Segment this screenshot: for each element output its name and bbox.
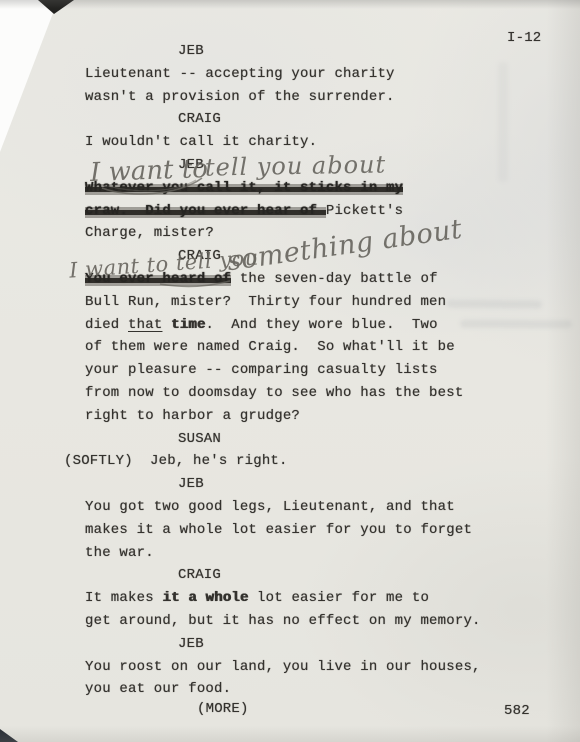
script-text: SUSAN — [178, 431, 221, 447]
script-text: You roost on our land, you live in our h… — [85, 659, 481, 675]
script-line: Lieutenant -- accepting your charity — [0, 63, 580, 86]
script-line: your pleasure -- comparing casualty list… — [0, 359, 580, 382]
script-line: the war. — [0, 542, 580, 565]
script-line: from now to doomsday to see who has the … — [0, 382, 580, 405]
script-line: CRAIG — [0, 564, 580, 587]
script-text: JEB — [178, 636, 204, 652]
script-line: JEB — [0, 633, 580, 656]
script-lines: JEBLieutenant -- accepting your charityw… — [0, 40, 580, 701]
script-text: right to harbor a grudge? — [85, 408, 300, 424]
script-text: makes it a whole lot easier for you to f… — [85, 522, 472, 538]
script-text: . And they wore blue. Two — [205, 317, 437, 333]
script-line: JEB — [0, 40, 580, 63]
script-line: You roost on our land, you live in our h… — [0, 656, 580, 679]
script-text: Lieutenant -- accepting your charity — [85, 66, 395, 82]
handwriting-note-top-right: tell you about — [205, 150, 387, 181]
script-line: right to harbor a grudge? — [0, 405, 580, 428]
script-line: of them were named Craig. So what'll it … — [0, 336, 580, 359]
script-text: (SOFTLY) Jeb, he's right. — [64, 453, 288, 469]
script-text-underline: that — [128, 317, 162, 333]
script-line: I wouldn't call it charity. — [0, 131, 580, 154]
script-line: Bull Run, mister? Thirty four hundred me… — [0, 291, 580, 314]
script-text: wasn't a provision of the surrender. — [85, 89, 395, 105]
script-line: (SOFTLY) Jeb, he's right. — [0, 450, 580, 473]
script-text: JEB — [178, 43, 204, 59]
script-text: Pickett's — [326, 203, 403, 219]
script-text — [162, 317, 171, 333]
script-text: from now to doomsday to see who has the … — [85, 385, 463, 401]
page-number: 582 — [504, 703, 530, 719]
script-text: your pleasure -- comparing casualty list… — [85, 362, 438, 378]
more-indicator: (MORE) — [197, 701, 249, 717]
script-text: CRAIG — [178, 567, 221, 583]
script-text: CRAIG — [178, 111, 221, 127]
script-line: craw. Did you ever hear of Pickett's — [0, 200, 580, 223]
script-line: It makes it a whole lot easier for me to — [0, 587, 580, 610]
script-text: It makes — [85, 590, 162, 606]
script-text: the seven-day battle of — [231, 271, 437, 287]
script-line: CRAIG — [0, 108, 580, 131]
script-text-strikethrough: craw. Did you ever hear of — [85, 203, 326, 219]
script-line: get around, but it has no effect on my m… — [0, 610, 580, 633]
script-text: you eat our food. — [85, 681, 231, 697]
script-line: Whatever you call it, it sticks in my — [0, 177, 580, 200]
script-page-scan: I-12 JEBLieutenant -- accepting your cha… — [0, 0, 580, 742]
script-text: died — [85, 317, 128, 333]
script-line: You got two good legs, Lieutenant, and t… — [0, 496, 580, 519]
script-text: of them were named Craig. So what'll it … — [85, 339, 455, 355]
script-line: died that time. And they wore blue. Two — [0, 314, 580, 337]
script-text: You got two good legs, Lieutenant, and t… — [85, 499, 455, 515]
handwriting-note-top-left: I want to — [90, 154, 209, 188]
script-text: Bull Run, mister? Thirty four hundred me… — [85, 294, 446, 310]
script-line: JEB — [0, 473, 580, 496]
script-text: I wouldn't call it charity. — [85, 134, 317, 150]
script-text: JEB — [178, 476, 204, 492]
script-text: the war. — [85, 545, 154, 561]
script-line: you eat our food. — [0, 678, 580, 701]
script-line: wasn't a provision of the surrender. — [0, 86, 580, 109]
script-line: makes it a whole lot easier for you to f… — [0, 519, 580, 542]
script-text: Charge, mister? — [85, 225, 214, 241]
script-line: SUSAN — [0, 428, 580, 451]
script-text: lot easier for me to — [248, 590, 429, 606]
script-text: get around, but it has no effect on my m… — [85, 613, 481, 629]
script-text-bold: time — [171, 317, 205, 333]
script-text-bold: it a whole — [162, 590, 248, 606]
